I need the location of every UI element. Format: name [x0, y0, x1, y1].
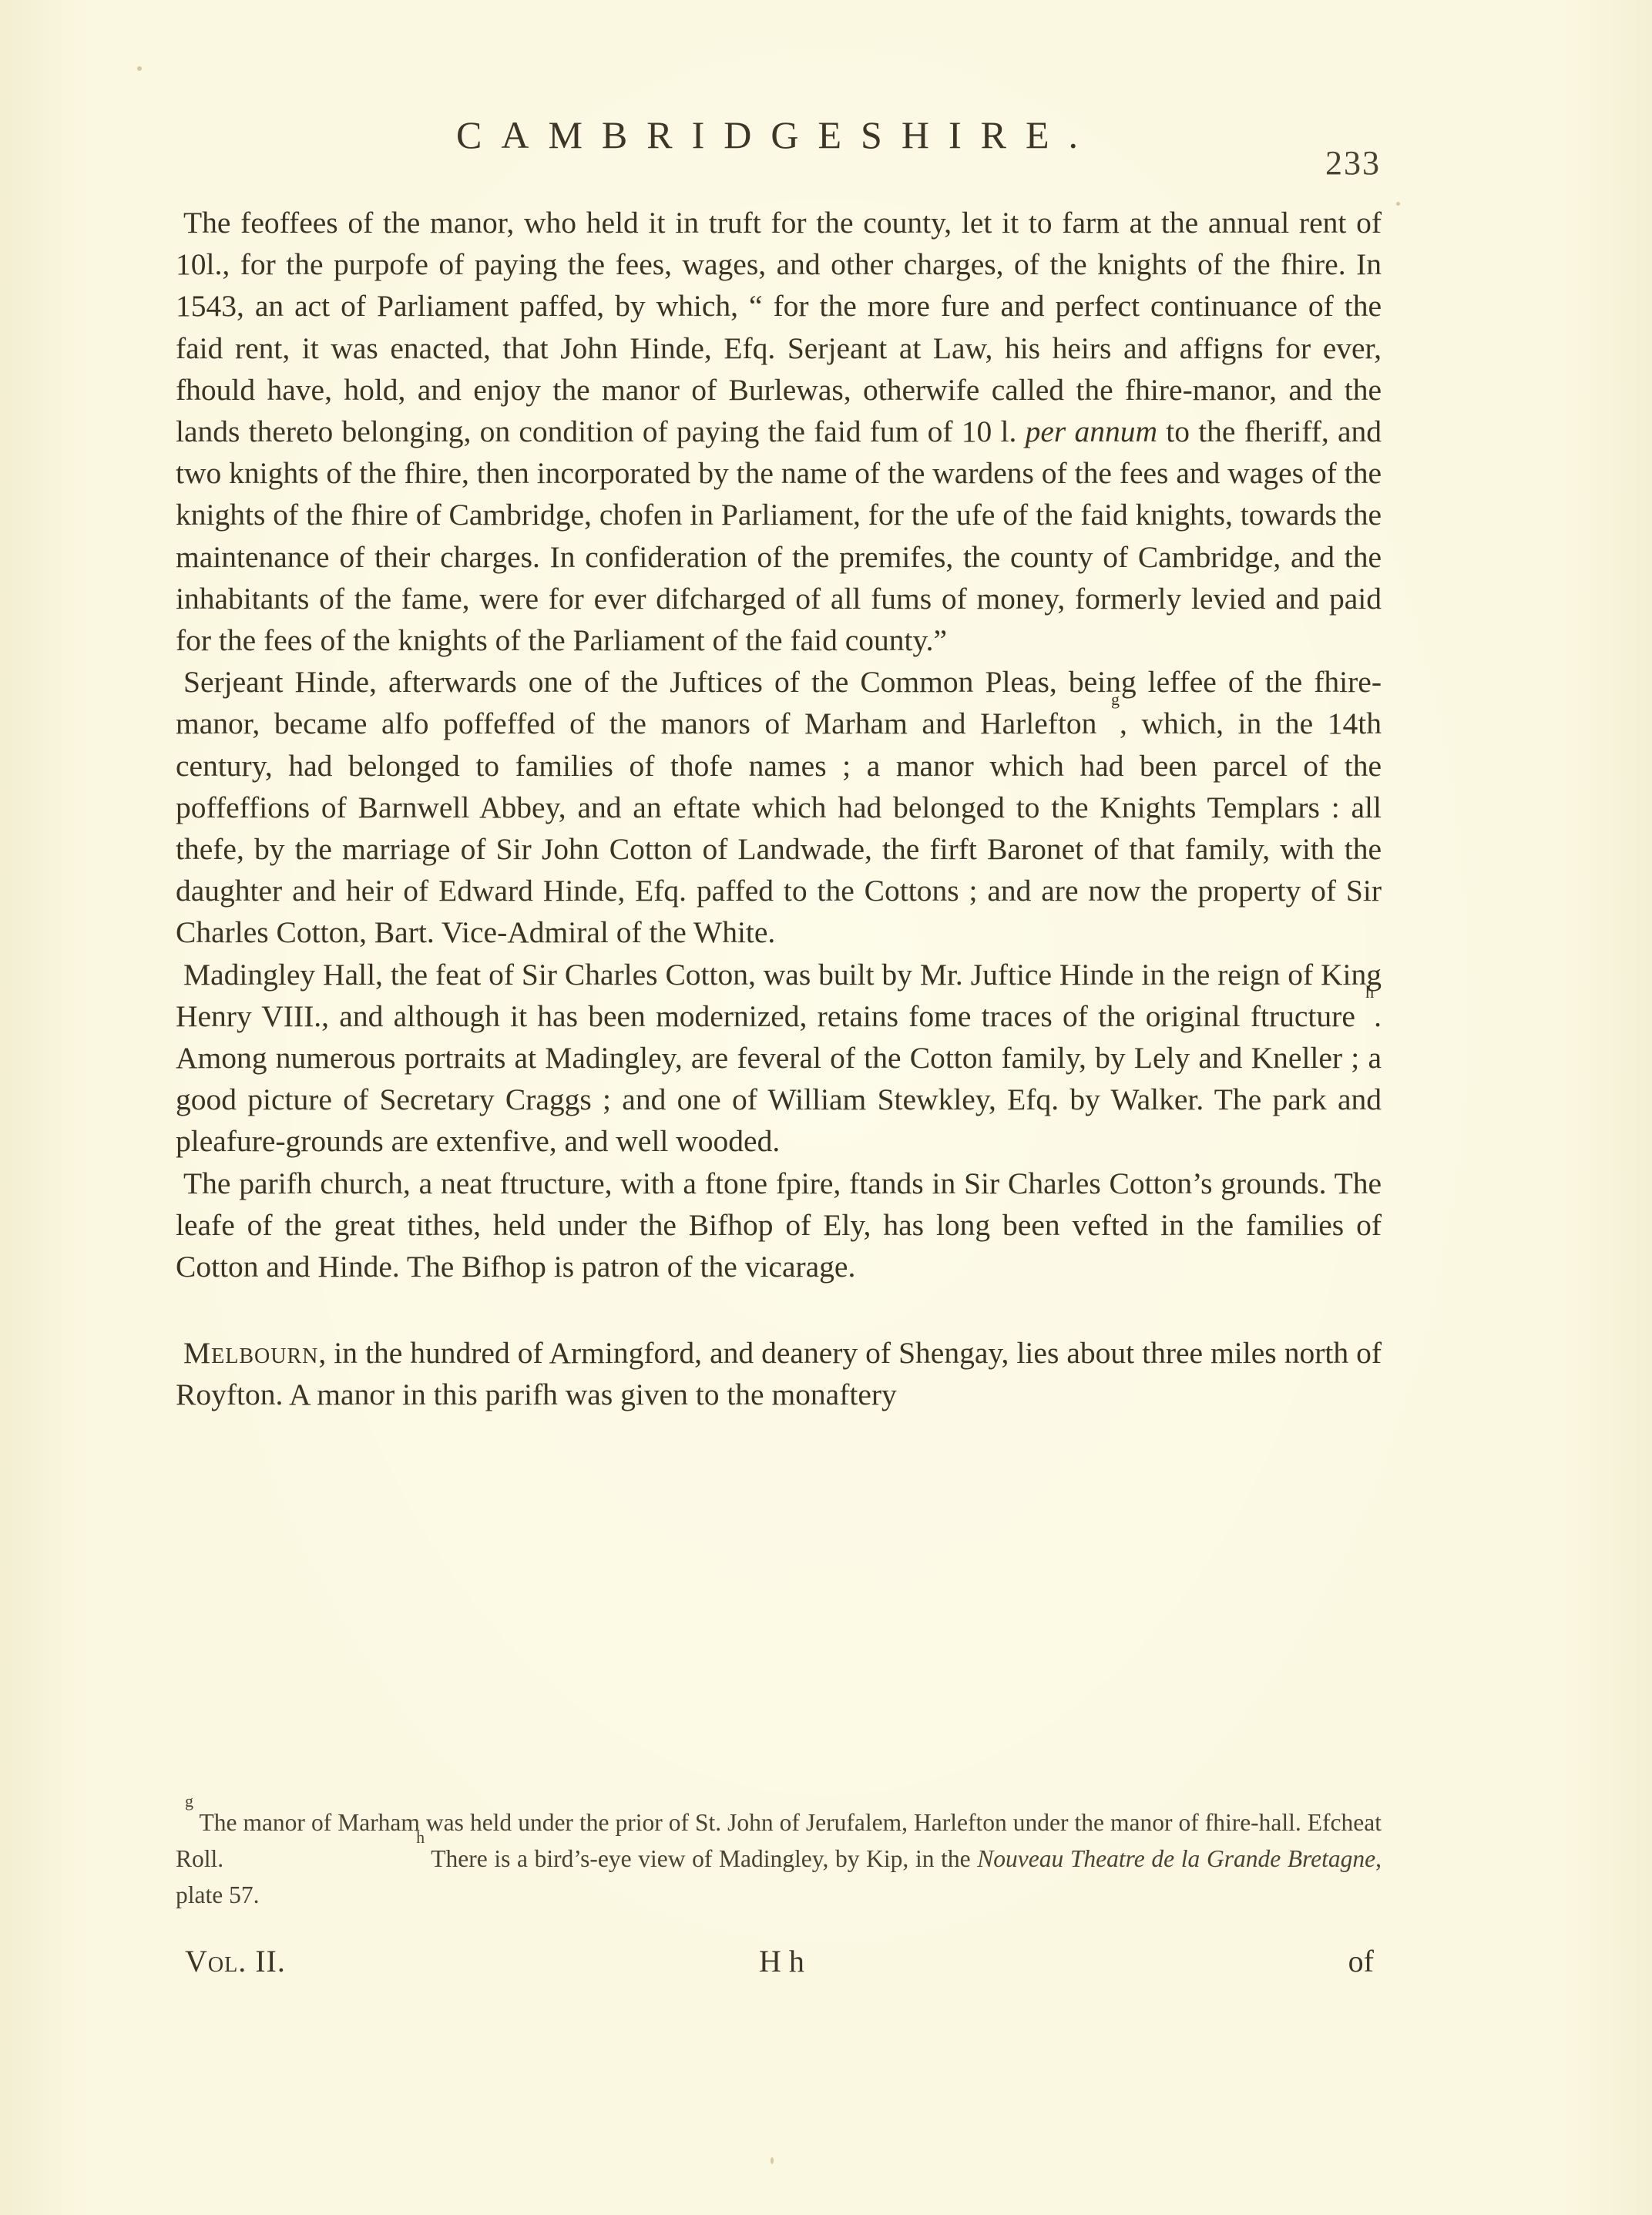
- signature-line: Vol. II. H h of: [185, 1943, 1383, 1989]
- footnote-ref-g[interactable]: g: [1111, 690, 1120, 709]
- paper-speck: [1396, 202, 1400, 206]
- paragraph-feoffees: The feoffees of the manor, who held it i…: [176, 202, 1382, 661]
- paper-speck: [137, 66, 142, 71]
- place-name-smallcaps: Melbourn: [183, 1336, 318, 1370]
- page-number: 233: [1325, 146, 1381, 180]
- paragraph-melbourn: Melbourn, in the hundred of Armingford, …: [176, 1332, 1382, 1415]
- footnote-h-italic-title: Nouveau Theatre de la Grande Bretagne: [977, 1845, 1375, 1872]
- paragraph-text: Madingley Hall, the feat of Sir Charles …: [176, 958, 1382, 1033]
- catchword: of: [1348, 1943, 1374, 1979]
- volume-label: Vol. II.: [185, 1943, 286, 1979]
- paragraph-text: , in the hundred of Armingford, and dean…: [176, 1336, 1382, 1411]
- running-title: CAMBRIDGESHIRE.: [456, 116, 1097, 154]
- section-break: [176, 1287, 1382, 1332]
- paragraph-text-continued: to the fheriff, and two knights of the f…: [176, 414, 1382, 657]
- italic-phrase: per annum: [1026, 414, 1157, 448]
- paragraph-text-continued: , which, in the 14th century, had belong…: [176, 706, 1382, 949]
- book-page: CAMBRIDGESHIRE. 233 The feoffees of the …: [0, 0, 1652, 2215]
- footnote-marker-h: h: [416, 1827, 425, 1847]
- footnotes: g The manor of Marham was held under the…: [176, 1804, 1382, 1913]
- paragraph-parish-church: The parifh church, a neat ftructure, wit…: [176, 1163, 1382, 1288]
- paper-speck: [771, 2157, 774, 2164]
- paragraph-serjeant-hinde: Serjeant Hinde, afterwards one of the Ju…: [176, 661, 1382, 953]
- paragraph-text: The parifh church, a neat ftructure, wit…: [176, 1166, 1382, 1284]
- paragraph-madingley-hall: Madingley Hall, the feat of Sir Charles …: [176, 954, 1382, 1163]
- footnote-h-text: There is a bird’s-eye view of Madingley,…: [431, 1845, 970, 1872]
- signature-mark: H h: [759, 1943, 804, 1979]
- footnote-g-h: g The manor of Marham was held under the…: [176, 1804, 1382, 1913]
- main-text: The feoffees of the manor, who held it i…: [176, 202, 1382, 1416]
- footnote-marker-g: g: [185, 1791, 193, 1811]
- footnote-ref-h[interactable]: h: [1365, 982, 1374, 1002]
- paragraph-text: The feoffees of the manor, who held it i…: [176, 206, 1382, 448]
